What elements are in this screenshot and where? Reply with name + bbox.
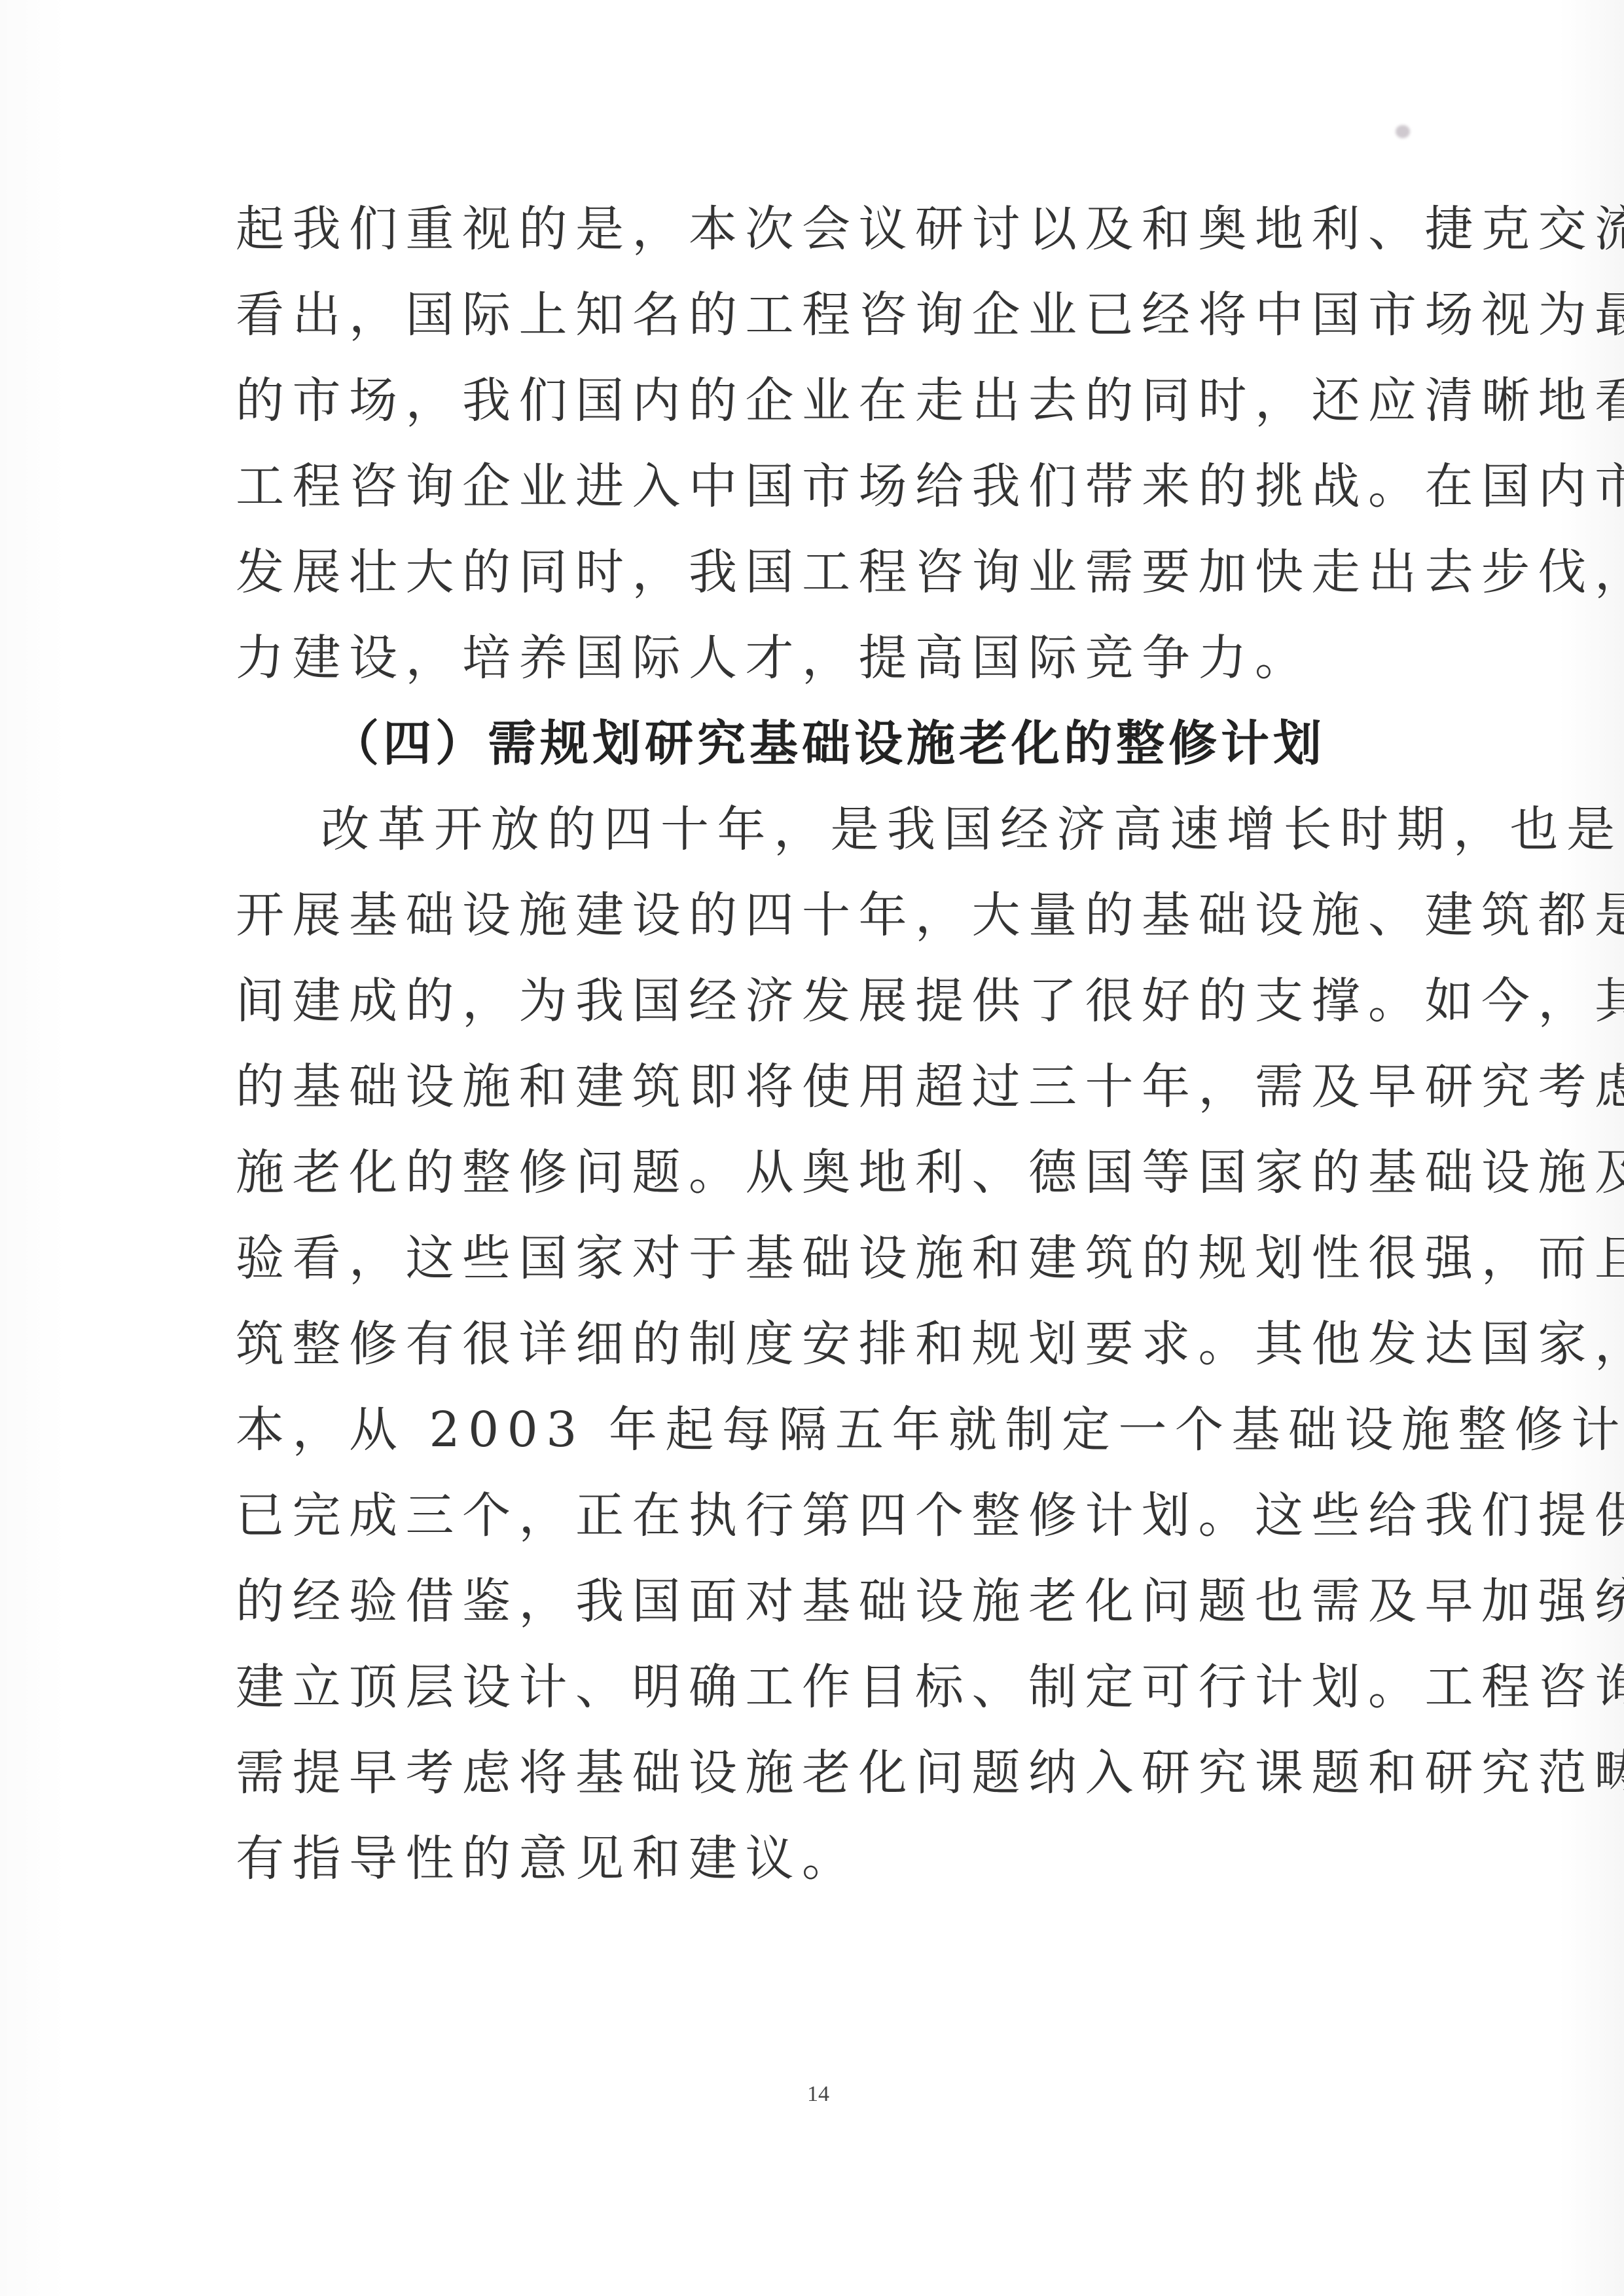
text-line: 力建设，培养国际人才，提高国际竞争力。 — [236, 615, 1375, 701]
text-line: 已完成三个，正在执行第四个整修计划。这些给我们提供了很好 — [236, 1473, 1375, 1559]
scan-artifact-dot — [1396, 125, 1410, 138]
section-heading: （四）需规划研究基础设施老化的整修计划 — [236, 701, 1375, 787]
text-line: 筑整修有很详细的制度安排和规划要求。其他发达国家，比如日 — [236, 1302, 1375, 1387]
text-line: 本，从 2003 年起每隔五年就制定一个基础设施整修计划，目前 — [236, 1387, 1375, 1473]
text-line: 需提早考虑将基础设施老化问题纳入研究课题和研究范畴，提出 — [236, 1730, 1375, 1816]
text-line: 施老化的整修问题。从奥地利、德国等国家的基础设施及建筑经 — [236, 1130, 1375, 1216]
text-line: 的经验借鉴，我国面对基础设施老化问题也需及早加强统筹协调、 — [236, 1559, 1375, 1645]
text-line: 开展基础设施建设的四十年，大量的基础设施、建筑都是在此期 — [236, 873, 1375, 958]
text-line: 建立顶层设计、明确工作目标、制定可行计划。工程咨询机构也 — [236, 1645, 1375, 1730]
text-line: 验看，这些国家对于基础设施和建筑的规划性很强，而且对于建 — [236, 1216, 1375, 1302]
text-line: 发展壮大的同时，我国工程咨询业需要加快走出去步伐，加强能 — [236, 530, 1375, 615]
text-line: 工程咨询企业进入中国市场给我们带来的挑战。在国内市场不断 — [236, 444, 1375, 530]
text-line: 的基础设施和建筑即将使用超过三十年，需及早研究考虑基础设 — [236, 1044, 1375, 1130]
text-line: 看出，国际上知名的工程咨询企业已经将中国市场视为最有潜力 — [236, 272, 1375, 358]
page-number: 14 — [799, 2082, 838, 2107]
text-line: 间建成的，为我国经济发展提供了很好的支撑。如今，其中部分 — [236, 958, 1375, 1044]
text-line: 起我们重视的是，本次会议研讨以及和奥地利、捷克交流中可以 — [236, 187, 1375, 272]
body-text: 起我们重视的是，本次会议研讨以及和奥地利、捷克交流中可以 看出，国际上知名的工程… — [236, 187, 1375, 1902]
text-line: 的市场，我们国内的企业在走出去的同时，还应清晰地看到国外 — [236, 358, 1375, 444]
scanned-page: 起我们重视的是，本次会议研讨以及和奥地利、捷克交流中可以 看出，国际上知名的工程… — [0, 0, 1624, 2296]
text-line: 改革开放的四十年，是我国经济高速增长时期，也是大规模 — [236, 787, 1375, 873]
text-line: 有指导性的意见和建议。 — [236, 1816, 1375, 1902]
